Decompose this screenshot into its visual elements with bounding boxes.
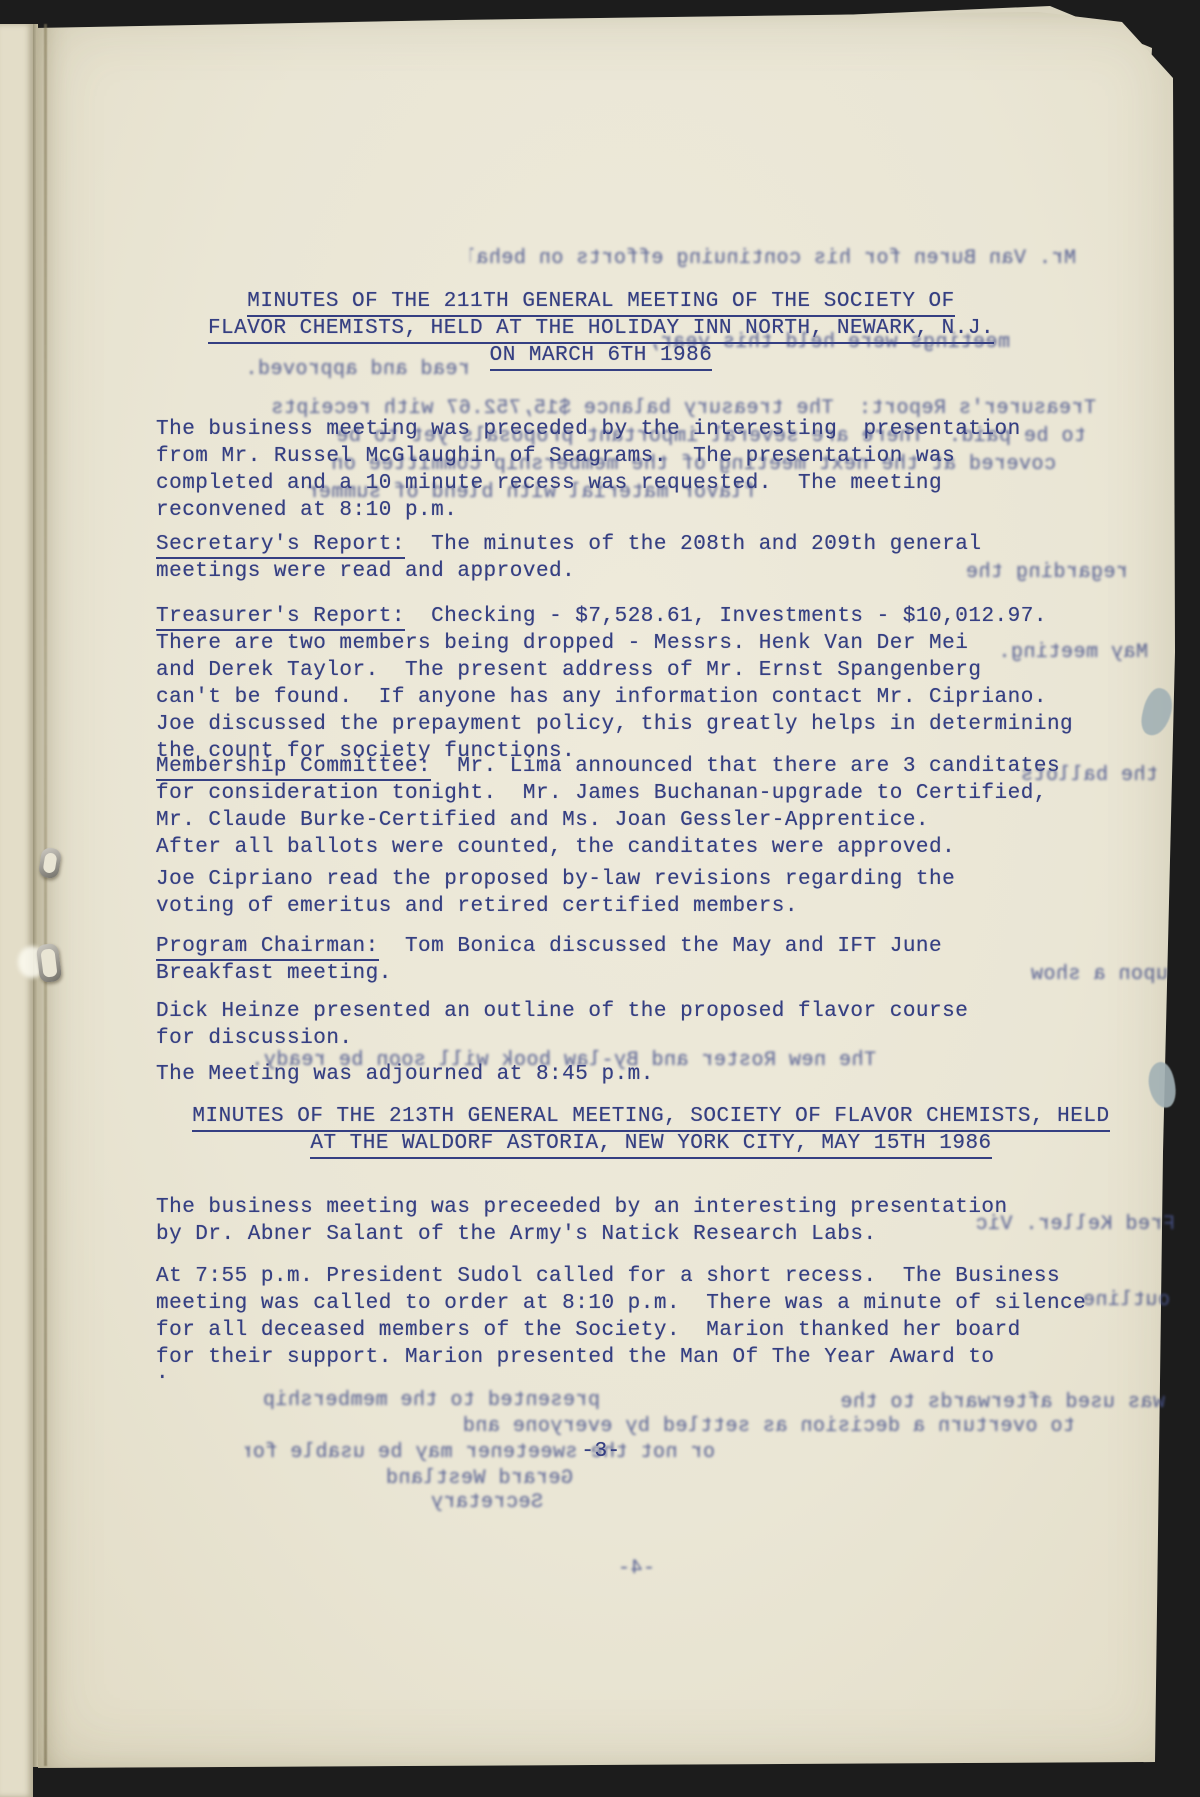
bylaw-paragraph: Joe Cipriano read the proposed by-law re… (156, 866, 955, 920)
bleedthrough-line: Mr. Van Buren for his continuing efforts… (470, 246, 1076, 272)
page-number: -3- (156, 1438, 1046, 1465)
text-line: voting of emeritus and retired certified… (156, 893, 955, 920)
text-line: Secretary's Report: The minutes of the 2… (156, 531, 981, 558)
bleedthrough-line: presented to the membership (170, 1388, 600, 1414)
text-line: Dick Heinze presented an outline of the … (156, 998, 968, 1025)
treasurers-report-section: Treasurer's Report: Checking - $7,528.61… (156, 603, 1073, 765)
text-line: The business meeting was preceeded by an… (156, 1194, 1008, 1221)
typewritten-content: Mr. Van Buren for his continuing efforts… (0, 0, 1200, 1797)
bleedthrough-line: -4- (583, 1556, 655, 1582)
text-line: . (156, 1360, 169, 1387)
adjournment-line: The Meeting was adjourned at 8:45 p.m. (156, 1061, 654, 1088)
meeting-211-title: MINUTES OF THE 211TH GENERAL MEETING OF … (156, 288, 1046, 369)
text-line: There are two members being dropped - Me… (156, 630, 1073, 657)
title-line: FLAVOR CHEMISTS, HELD AT THE HOLIDAY INN… (156, 315, 1046, 342)
bleedthrough-line: Secretary (378, 1490, 543, 1516)
text-line: Joe Cipriano read the proposed by-law re… (156, 866, 955, 893)
text-line: The Meeting was adjourned at 8:45 p.m. (156, 1061, 654, 1088)
text-line: Breakfast meeting. (156, 960, 942, 987)
text-line: by Dr. Abner Salant of the Army's Natick… (156, 1221, 1008, 1248)
title-line: ON MARCH 6TH 1986 (156, 342, 1046, 369)
bleedthrough-line: was used afterwards to the (645, 1390, 1165, 1416)
bleedthrough-line: Gerard Westland (358, 1466, 573, 1492)
text-line: Joe discussed the prepayment policy, thi… (156, 711, 1073, 738)
text-line: Program Chairman: Tom Bonica discussed t… (156, 933, 942, 960)
text-line: The business meeting was preceded by the… (156, 416, 1021, 443)
section-heading: Secretary's Report: (156, 533, 405, 559)
bleedthrough-line: to overturn a decision as settled by eve… (255, 1414, 1075, 1440)
text-line: and Derek Taylor. The present address of… (156, 657, 1073, 684)
meeting-213-intro: The business meeting was preceeded by an… (156, 1194, 1008, 1248)
text-line: At 7:55 p.m. President Sudol called for … (156, 1263, 1086, 1290)
text-line: Mr. Claude Burke-Certified and Ms. Joan … (156, 807, 1060, 834)
text-line: meetings were read and approved. (156, 558, 981, 585)
text-line: for discussion. (156, 1025, 968, 1052)
program-chairman-section: Program Chairman: Tom Bonica discussed t… (156, 933, 942, 987)
text-line: from Mr. Russel McGlaughin of Seagrams. … (156, 443, 1021, 470)
title-line: MINUTES OF THE 213TH GENERAL MEETING, SO… (156, 1103, 1146, 1130)
section-heading: Membership Committee: (156, 755, 431, 781)
binding-staple (36, 943, 62, 983)
bleedthrough-line: upon a show (928, 962, 1168, 988)
text-line: Treasurer's Report: Checking - $7,528.61… (156, 603, 1073, 630)
text-line: can't be found. If anyone has any inform… (156, 684, 1073, 711)
section-heading: Treasurer's Report: (156, 605, 405, 631)
trailing-period: . (156, 1360, 169, 1387)
scanned-document-page: Mr. Van Buren for his continuing efforts… (0, 0, 1200, 1797)
title-line: MINUTES OF THE 211TH GENERAL MEETING OF … (156, 288, 1046, 315)
text-line: for all deceased members of the Society.… (156, 1317, 1086, 1344)
section-heading: Program Chairman: (156, 935, 379, 961)
membership-committee-section: Membership Committee: Mr. Lima announced… (156, 753, 1060, 861)
text-line: for their support. Marion presented the … (156, 1344, 1086, 1371)
secretarys-report-section: Secretary's Report: The minutes of the 2… (156, 531, 981, 585)
text-line: After all ballots were counted, the cand… (156, 834, 1060, 861)
text-line: Membership Committee: Mr. Lima announced… (156, 753, 1060, 780)
meeting-213-title: MINUTES OF THE 213TH GENERAL MEETING, SO… (156, 1103, 1146, 1157)
text-line: -3- (156, 1438, 1046, 1465)
meeting-211-intro: The business meeting was preceded by the… (156, 416, 1021, 524)
text-line: completed and a 10 minute recess was req… (156, 470, 1021, 497)
text-line: for consideration tonight. Mr. James Buc… (156, 780, 1060, 807)
flavor-course-paragraph: Dick Heinze presented an outline of the … (156, 998, 968, 1052)
meeting-213-recess-paragraph: At 7:55 p.m. President Sudol called for … (156, 1263, 1086, 1371)
title-line: AT THE WALDORF ASTORIA, NEW YORK CITY, M… (156, 1130, 1146, 1157)
text-line: reconvened at 8:10 p.m. (156, 497, 1021, 524)
text-line: meeting was called to order at 8:10 p.m.… (156, 1290, 1086, 1317)
